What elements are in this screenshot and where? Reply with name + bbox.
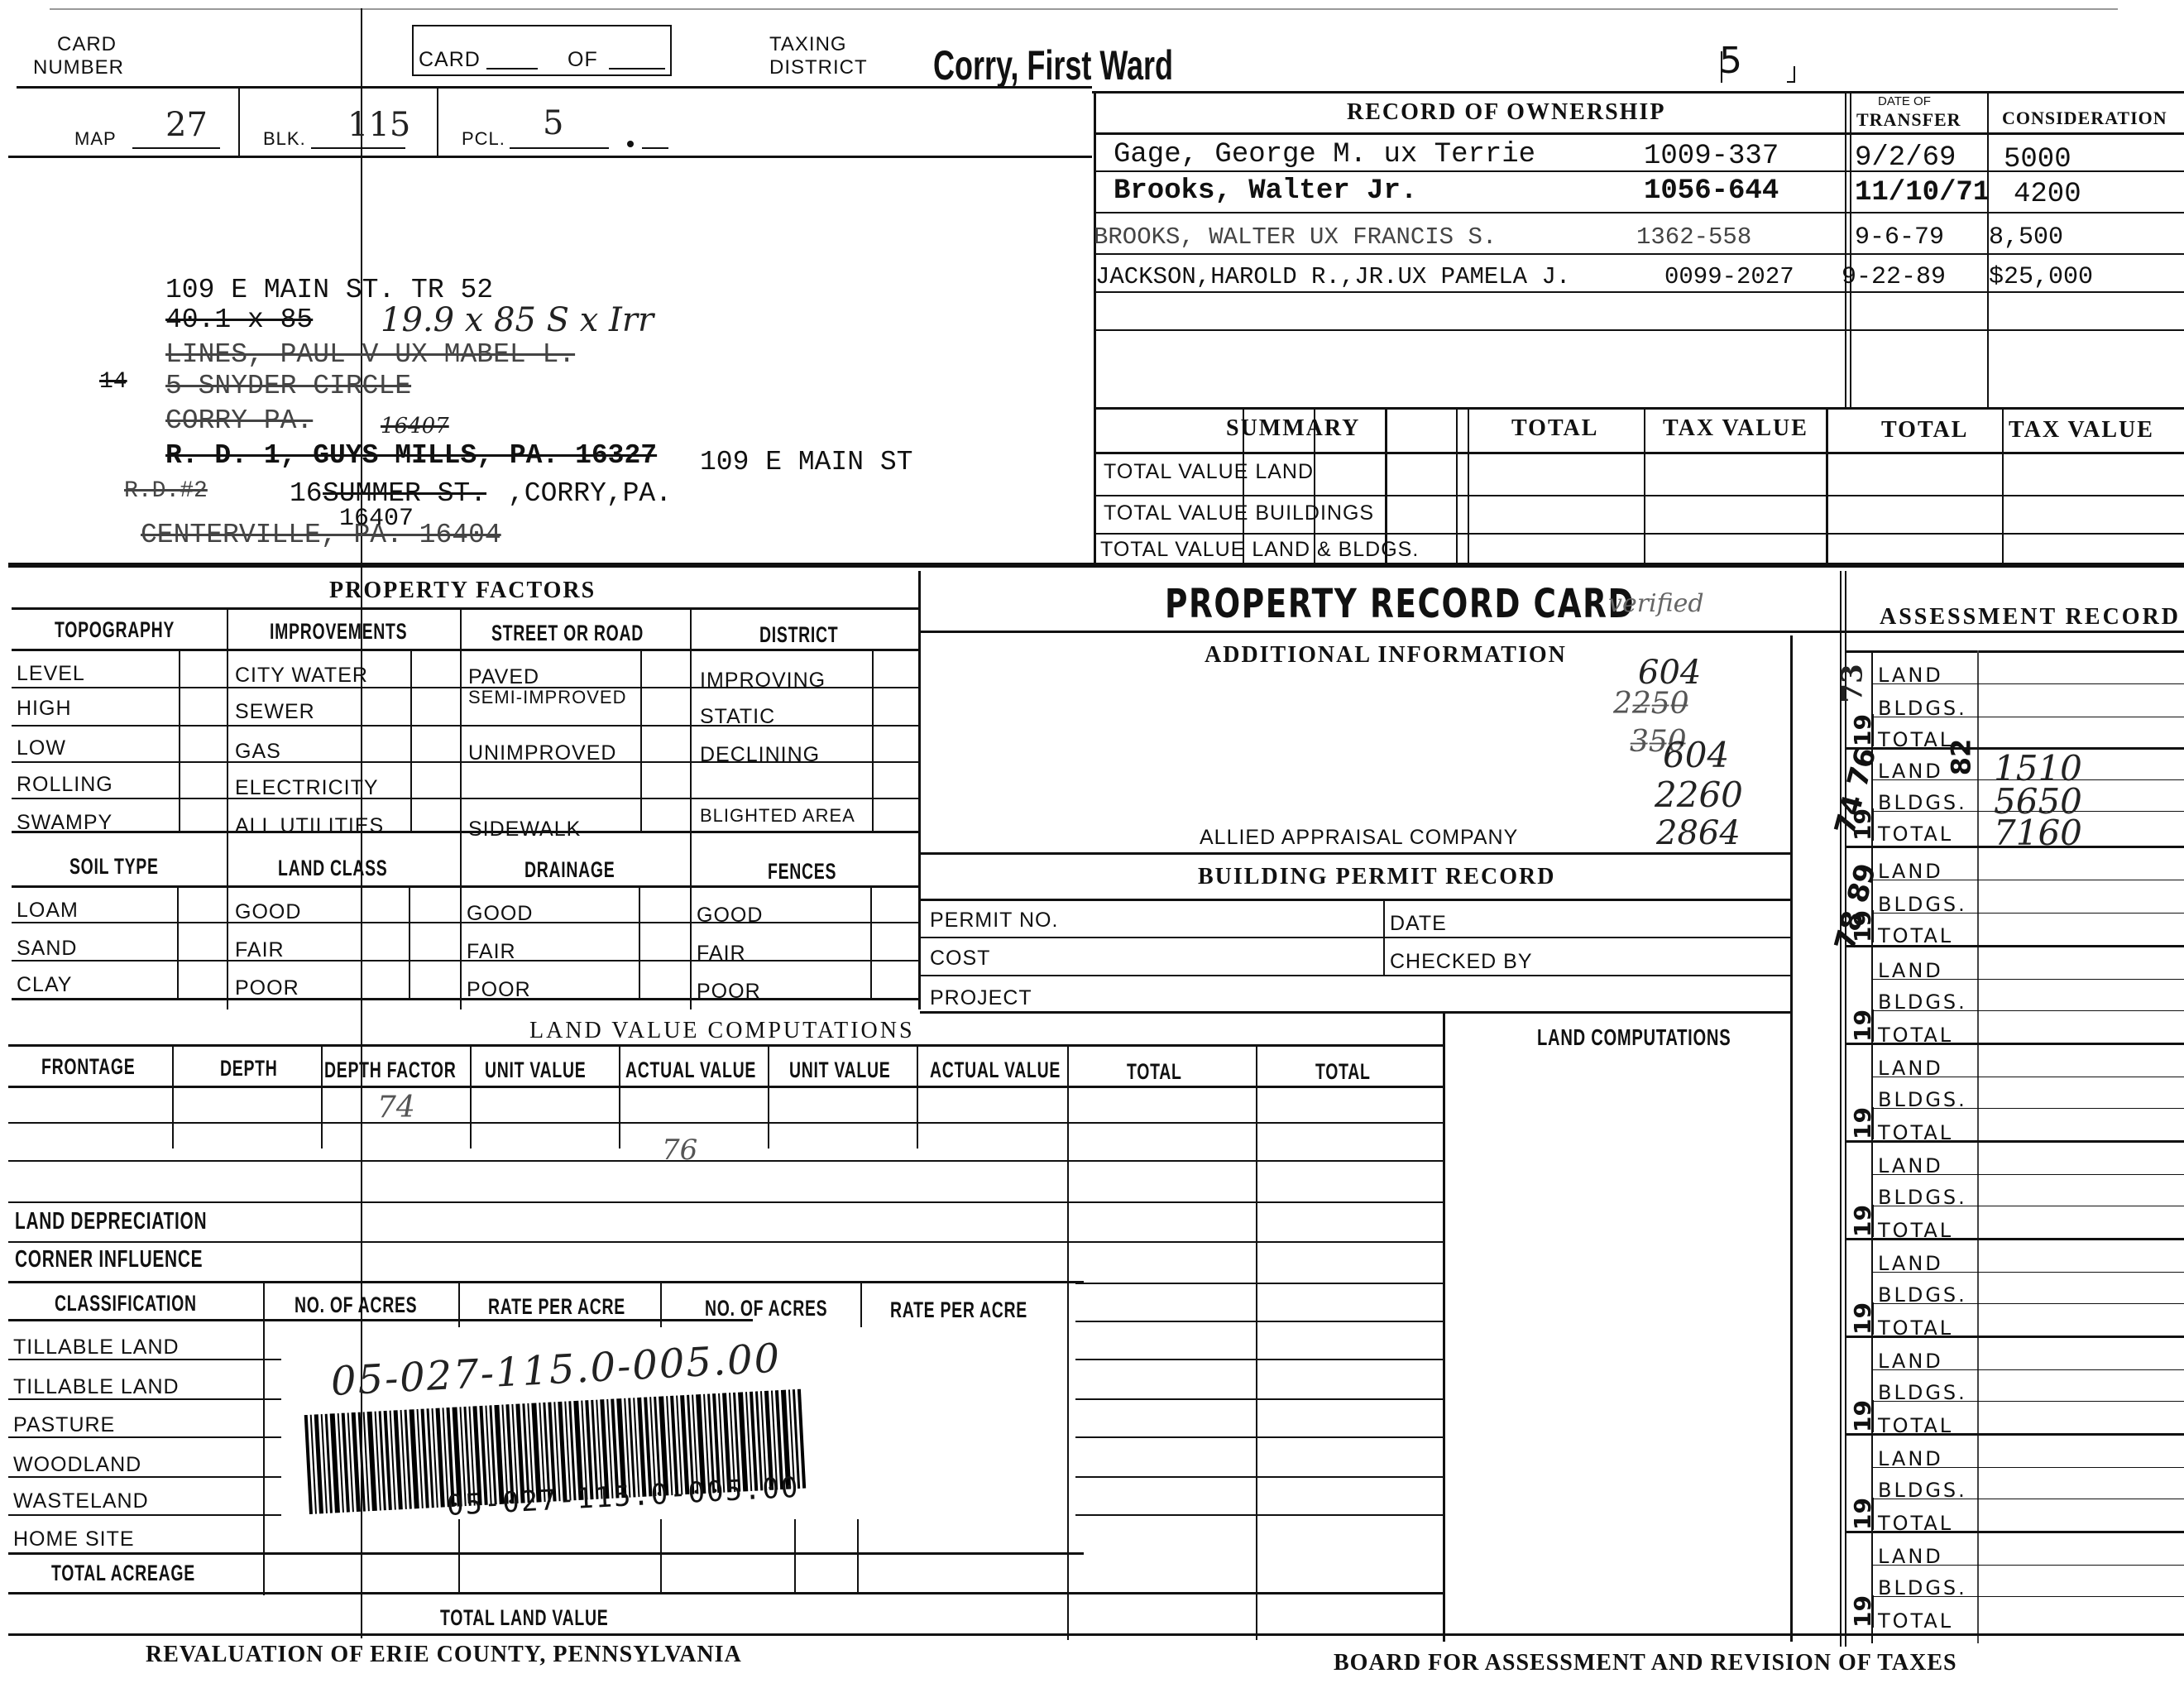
assessment-block: LAND BLDGS. TOTAL 19 — [1845, 1533, 2184, 1631]
factor-level: LEVEL — [17, 662, 85, 686]
summary-table: SUMMARY TOTAL TAX VALUE TOTAL TAX VALUE … — [1094, 409, 2184, 566]
map-label: MAP — [74, 128, 117, 150]
fences-fair: FAIR — [697, 942, 746, 966]
factor-city-water: CITY WATER — [235, 664, 368, 688]
land-depreciation-label: LAND DEPRECIATION — [15, 1208, 207, 1235]
card-title: PROPERTY RECORD CARD — [1165, 581, 1635, 627]
address-line-7-rest: ,CORRY,PA. — [508, 478, 672, 509]
permit-project-label: PROJECT — [930, 986, 1032, 1010]
card-number-label: CARD NUMBER — [33, 33, 124, 79]
factor-gas: GAS — [235, 740, 281, 764]
class-row: TILLABLE LAND — [13, 1336, 180, 1360]
ownership-row: JACKSON,HAROLD R.,JR.UX PAMELA J. 0099-2… — [1094, 255, 2184, 293]
summary-row-label: TOTAL VALUE BUILDINGS — [1104, 501, 1374, 525]
address-line-5-struck: CORRY PA. — [165, 405, 313, 436]
ownership-row: BROOKS, WALTER UX FRANCIS S. 1362-558 9-… — [1094, 213, 2184, 255]
hand-value-struck: 22̶5̶0̶ — [1613, 687, 1689, 721]
building-permit-title: BUILDING PERMIT RECORD — [1198, 864, 1555, 890]
assessment-block: LAND BLDGS. TOTAL 19 — [1845, 947, 2184, 1045]
address-line-7-prefix: R.D.#2 — [124, 478, 208, 504]
map-value: 27 — [165, 106, 208, 144]
soil-clay: CLAY — [17, 973, 72, 997]
factor-sidewalk: SIDEWALK — [468, 818, 581, 842]
drainage-good: GOOD — [467, 902, 533, 926]
factor-all-utilities: ALL UTILITIES — [235, 814, 384, 838]
class-row: PASTURE — [13, 1413, 115, 1437]
top-edge — [50, 8, 2118, 10]
factor-high: HIGH — [17, 697, 72, 721]
soil-loam: LOAM — [17, 899, 79, 923]
header-fences: FENCES — [768, 859, 836, 885]
pcl-value: 5 — [543, 104, 563, 142]
assessment-title: ASSESSMENT RECORD — [1880, 604, 2181, 631]
soil-sand: SAND — [17, 937, 77, 961]
factor-blighted-area: BLIGHTED AREA — [700, 806, 865, 826]
factor-improving: IMPROVING — [700, 669, 826, 693]
drainage-fair: FAIR — [467, 940, 516, 964]
ownership-row: Gage, George M. ux Terrie 1009-337 9/2/6… — [1094, 132, 2184, 172]
ownership-row-empty — [1094, 331, 2184, 369]
class-row: WOODLAND — [13, 1453, 141, 1477]
assessment-block: LAND BLDGS. TOTAL 19 — [1845, 1240, 2184, 1338]
land-value-title: LAND VALUE COMPUTATIONS — [529, 1018, 915, 1044]
assessment-block: LAND BLDGS. TOTAL 19 1510 5650 7160 — [1845, 750, 2184, 848]
landclass-poor: POOR — [235, 976, 299, 1000]
address-line-8-zip: 16407 — [339, 505, 414, 533]
class-row: TILLABLE LAND — [13, 1375, 180, 1399]
date-transfer-header: TRANSFER — [1856, 109, 1961, 131]
landclass-fair: FAIR — [235, 938, 285, 962]
assessment-block: LAND BLDGS. TOTAL 19 73 — [1845, 650, 2184, 750]
class-row: WASTELAND — [13, 1489, 149, 1513]
footer-left: REVALUATION OF ERIE COUNTY, PENNSYLVANIA — [146, 1642, 742, 1668]
pcl-label: PCL. — [462, 128, 505, 150]
factor-paved: PAVED — [468, 665, 539, 689]
class-row: HOME SITE — [13, 1527, 135, 1551]
total-land-value-label: TOTAL LAND VALUE — [440, 1605, 608, 1631]
address-line-2-struck: 40.1 x 85 — [165, 305, 313, 335]
permit-no-label: PERMIT NO. — [930, 909, 1058, 933]
taxing-district-label: TAXING DISTRICT — [769, 33, 868, 79]
property-factors-title: PROPERTY FACTORS — [329, 578, 596, 604]
hand-value-2864: 2864 — [1656, 814, 1741, 852]
factor-rolling: ROLLING — [17, 773, 113, 797]
ownership-row: Brooks, Walter Jr. 1056-644 11/10/71 420… — [1094, 172, 2184, 213]
address-line-2-hand: 19.9 x 85 S x Irr — [381, 301, 654, 339]
additional-info-title: ADDITIONAL INFORMATION — [1205, 642, 1567, 669]
permit-cost-label: COST — [930, 947, 990, 971]
total-acreage-label: TOTAL ACREAGE — [51, 1561, 195, 1586]
ownership-title: RECORD OF OWNERSHIP — [1347, 99, 1665, 126]
factor-declining: DECLINING — [700, 743, 820, 767]
corner-influence-label: CORNER INFLUENCE — [15, 1246, 203, 1273]
factor-low: LOW — [17, 736, 66, 760]
consideration-header: CONSIDERATION — [2002, 108, 2167, 129]
permit-checked-by-label: CHECKED BY — [1390, 950, 1533, 974]
address-line-6-new: 109 E MAIN ST — [700, 447, 912, 477]
header-soil-type: SOIL TYPE — [69, 854, 159, 880]
assessment-table: LAND BLDGS. TOTAL 19 73 LAND BLDGS. TOTA… — [1845, 650, 2184, 1643]
land-computations-title: LAND COMPUTATIONS — [1537, 1024, 1731, 1051]
header-drainage: DRAINAGE — [524, 857, 615, 883]
classification-header: CLASSIFICATION — [55, 1291, 197, 1316]
actual-value-row2: 76 — [662, 1134, 697, 1167]
blk-label: BLK. — [263, 128, 306, 150]
land-value-headers: FRONTAGE DEPTH DEPTH FACTOR UNIT VALUE A… — [8, 1044, 1444, 1091]
fences-good: GOOD — [697, 904, 763, 928]
header-street-or-road: STREET OR ROAD — [491, 621, 644, 646]
factor-sewer: SEWER — [235, 700, 315, 724]
card-of-box: CARD OF — [412, 25, 672, 76]
depth-factor-value: 74 — [377, 1091, 415, 1125]
header-divider — [17, 86, 1092, 89]
summary-row-label: TOTAL VALUE LAND — [1104, 460, 1314, 484]
address-line-3-struck: LINES, PAUL V UX MABEL L. — [165, 339, 575, 370]
footer-right: BOARD FOR ASSESSMENT AND REVISION OF TAX… — [1334, 1650, 1957, 1676]
address-line-6-struck: R. D. 1, GUYS MILLS, PA. 16327 — [165, 440, 657, 471]
drainage-poor: POOR — [467, 978, 531, 1002]
assessment-total-value: 7160 — [1994, 813, 2082, 853]
address-line-7-num: 16 — [290, 478, 323, 509]
fences-poor: POOR — [697, 980, 761, 1004]
factor-electricity: ELECTRICITY — [235, 776, 379, 800]
assessment-block: LAND BLDGS. TOTAL 19 — [1845, 1143, 2184, 1240]
header-district: DISTRICT — [759, 622, 838, 648]
factor-unimproved: UNIMPROVED — [468, 741, 616, 765]
hand-value-2260: 2260 — [1655, 774, 1743, 815]
address-line-4-prefix: 14 — [99, 369, 127, 395]
permit-date-label: DATE — [1390, 912, 1447, 936]
factor-semi-improved: SEMI-IMPROVED — [468, 688, 634, 707]
ward-number: 5 — [1719, 40, 1742, 82]
landclass-good: GOOD — [235, 900, 301, 924]
appraisal-company: ALLIED APPRAISAL COMPANY — [1200, 826, 1518, 850]
address-line-8-struck: CENTERVILLE, PA. 16404 — [141, 520, 501, 550]
hand-value-604-b: 604 — [1663, 735, 1729, 775]
address-line-5-hand: 16407 — [381, 414, 449, 439]
header-land-class: LAND CLASS — [278, 856, 387, 881]
assessment-block: LAND BLDGS. TOTAL 19 — [1845, 1045, 2184, 1143]
taxing-district-value: Corry, First Ward — [933, 41, 1173, 89]
card-title-hand: verified — [1608, 589, 1704, 618]
summary-row-label: TOTAL VALUE LAND & BLDGS. — [1100, 538, 1419, 562]
header-topography: TOPOGRAPHY — [55, 617, 175, 643]
header-improvements: IMPROVEMENTS — [270, 619, 407, 645]
address-line-4-struck: 5 SNYDER CIRCLE — [165, 371, 411, 401]
assessment-block: LAND BLDGS. TOTAL 19 — [1845, 1338, 2184, 1436]
blk-value: 115 — [347, 106, 410, 144]
factor-swampy: SWAMPY — [17, 811, 113, 835]
assessment-block: LAND BLDGS. TOTAL 19 — [1845, 848, 2184, 947]
factor-static: STATIC — [700, 705, 775, 729]
ownership-row-empty — [1094, 293, 2184, 331]
assessment-block: LAND BLDGS. TOTAL 19 — [1845, 1436, 2184, 1533]
